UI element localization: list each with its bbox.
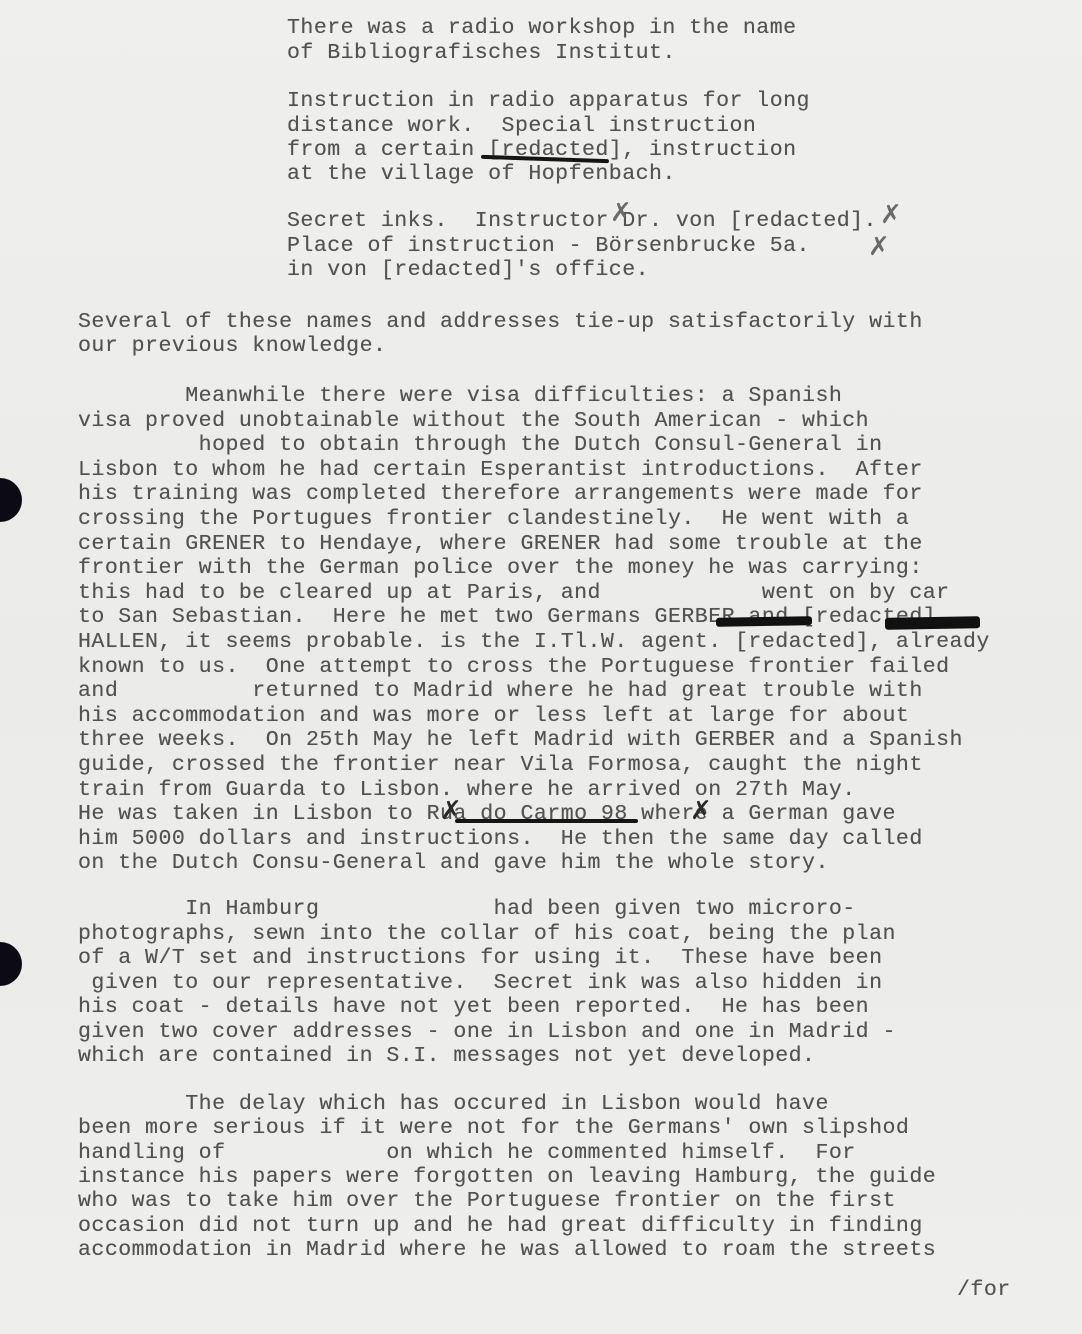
text-line: been more serious if it were not for the… — [78, 1116, 909, 1140]
text-line: Lisbon to whom he had certain Esperantis… — [78, 458, 923, 482]
text-line: distance work. Special instruction — [287, 114, 756, 138]
text-line: and returned to Madrid where he had grea… — [78, 679, 923, 703]
text-line: Instruction in radio apparatus for long — [287, 89, 810, 113]
text-line: visa proved unobtainable without the Sou… — [78, 409, 869, 433]
text-line: instance his papers were forgotten on le… — [78, 1165, 936, 1189]
text-line: Meanwhile there were visa difficulties: … — [78, 384, 842, 408]
text-line: of a W/T set and instructions for using … — [78, 946, 883, 970]
text-line: occasion did not turn up and he had grea… — [78, 1214, 923, 1238]
pencil-x-mark: ✗ — [880, 202, 902, 228]
text-line: The delay which has occured in Lisbon wo… — [78, 1092, 829, 1116]
punch-hole — [0, 478, 22, 522]
text-line: guide, crossed the frontier near Vila Fo… — [78, 753, 923, 777]
text-line: on the Dutch Consu-General and gave him … — [78, 851, 829, 875]
text-line: hoped to obtain through the Dutch Consul… — [78, 433, 883, 457]
pencil-x-mark: ✗ — [690, 798, 712, 824]
text-line: certain GRENER to Hendaye, where GRENER … — [78, 532, 923, 556]
text-line: his training was completed therefore arr… — [78, 482, 923, 506]
text-line: his accommodation and was more or less l… — [78, 704, 909, 728]
text-line: frontier with the German police over the… — [78, 556, 923, 580]
text-line: accommodation in Madrid where he was all… — [78, 1238, 936, 1262]
text-line: photographs, sewn into the collar of his… — [78, 922, 896, 946]
text-line: who was to take him over the Portuguese … — [78, 1189, 896, 1213]
text-line: at the village of Hopfenbach. — [287, 162, 676, 186]
text-line: in von [redacted]'s office. — [287, 258, 649, 282]
punch-hole — [0, 942, 22, 986]
text-line: three weeks. On 25th May he left Madrid … — [78, 728, 963, 752]
text-line: crossing the Portugues frontier clandest… — [78, 507, 909, 531]
text-line: In Hamburg had been given two microro- — [78, 897, 856, 921]
text-line: HALLEN, it seems probable. is the I.Tl.W… — [78, 630, 990, 654]
redaction-underline — [455, 819, 638, 823]
pencil-x-mark: ✗ — [868, 234, 890, 260]
text-line: Secret inks. Instructor Dr. von [redacte… — [287, 209, 877, 233]
text-line: his coat - details have not yet been rep… — [78, 995, 869, 1019]
text-line: of Bibliografisches Institut. — [287, 41, 676, 65]
text-line: our previous knowledge. — [78, 334, 386, 358]
text-line: There was a radio workshop in the name — [287, 16, 797, 40]
text-line: train from Guarda to Lisbon. where he ar… — [78, 778, 856, 802]
redaction-bar — [885, 616, 980, 630]
text-line: given to our representative. Secret ink … — [78, 971, 883, 995]
continuation-marker: /for — [957, 1278, 1011, 1302]
text-line: Several of these names and addresses tie… — [78, 310, 923, 334]
text-line: him 5000 dollars and instructions. He th… — [78, 827, 923, 851]
text-line: Place of instruction - Börsenbrucke 5a. — [287, 234, 810, 258]
text-line: which are contained in S.I. messages not… — [78, 1044, 815, 1068]
text-line: known to us. One attempt to cross the Po… — [78, 655, 950, 679]
pencil-x-mark: ✗ — [440, 798, 462, 824]
text-line: this had to be cleared up at Paris, and … — [78, 581, 950, 605]
text-line: given two cover addresses - one in Lisbo… — [78, 1020, 896, 1044]
text-line: handling of on which he commented himsel… — [78, 1141, 856, 1165]
redaction-bar — [716, 616, 812, 627]
pencil-x-mark: ✗ — [610, 200, 632, 226]
document-page: There was a radio workshop in the name o… — [0, 0, 1082, 1334]
